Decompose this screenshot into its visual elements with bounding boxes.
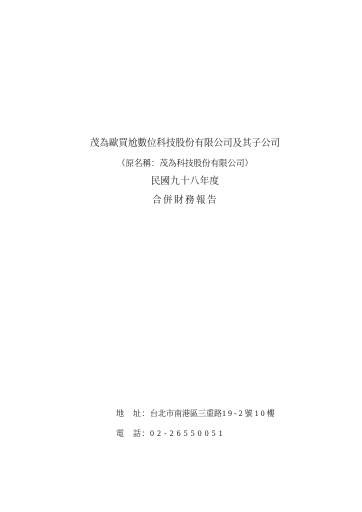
address-row: 地 址：台北市南港區三重路19-2號10樓 (116, 406, 277, 422)
contact-block: 地 址：台北市南港區三重路19-2號10樓 電 話：02-26550051 (116, 406, 277, 442)
phone-row: 電 話：02-26550051 (116, 426, 277, 442)
phone-label: 電 話： (116, 429, 150, 438)
address-number: 19-2號10樓 (222, 409, 277, 418)
report-title-block: 茂為歐買尬數位科技股份有限公司及其子公司 （原名稱：茂為科技股份有限公司） 民國… (4, 137, 362, 208)
company-name: 茂為歐買尬數位科技股份有限公司及其子公司 (4, 137, 362, 151)
report-type-title: 合併財務報告 (4, 194, 362, 208)
phone-number: 02-26550051 (150, 429, 226, 438)
former-company-name: （原名稱：茂為科技股份有限公司） (4, 157, 362, 170)
report-cover-page: 茂為歐買尬數位科技股份有限公司及其子公司 （原名稱：茂為科技股份有限公司） 民國… (0, 0, 362, 512)
fiscal-year: 民國九十八年度 (4, 175, 362, 189)
address-label: 地 址： (116, 409, 150, 418)
address-street: 台北市南港區三重路 (150, 409, 222, 418)
